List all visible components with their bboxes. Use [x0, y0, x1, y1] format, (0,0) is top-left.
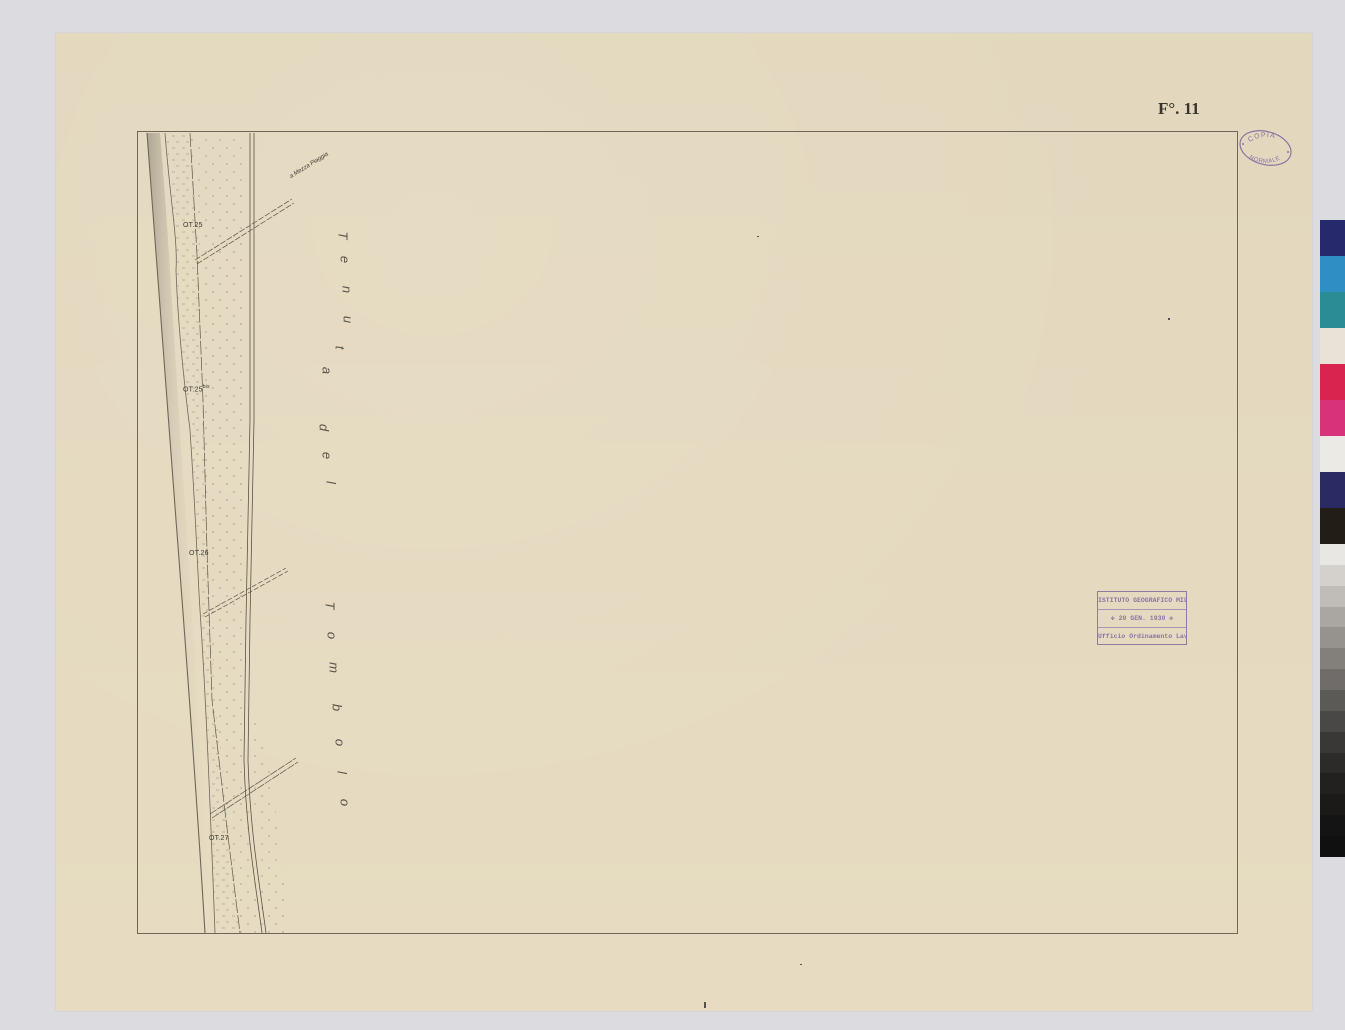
grayscale-ramp — [1320, 544, 1345, 857]
estate-letter: d — [317, 421, 332, 435]
gray-swatch — [1320, 836, 1345, 857]
stamp-line-office: Ufficio Ordinamento Lavori — [1098, 627, 1186, 645]
estate-letter: b — [330, 701, 345, 715]
gray-swatch — [1320, 753, 1345, 774]
stray-mark — [800, 964, 802, 965]
estate-letter: e — [338, 253, 353, 267]
gray-swatch — [1320, 544, 1345, 565]
estate-letter: o — [338, 796, 353, 810]
estate-letter: l — [324, 476, 339, 490]
estate-letter: m — [327, 661, 342, 675]
stamp-line-institute: ISTITUTO GEOGRAFICO MILITARE — [1098, 592, 1186, 609]
color-swatch — [1320, 508, 1345, 544]
color-swatch — [1320, 256, 1345, 292]
color-swatch — [1320, 328, 1345, 364]
stamp-line-date: ✤ 20 GEN. 1930 ✤ — [1098, 609, 1186, 627]
gray-swatch — [1320, 648, 1345, 669]
estate-letter: T — [336, 229, 351, 243]
estate-letter: l — [335, 766, 350, 780]
gray-swatch — [1320, 732, 1345, 753]
gray-swatch — [1320, 815, 1345, 836]
color-swatch — [1320, 436, 1345, 472]
estate-letter: o — [325, 629, 340, 643]
gray-swatch — [1320, 627, 1345, 648]
gray-swatch — [1320, 711, 1345, 732]
estate-letter: T — [323, 599, 338, 613]
color-swatch — [1320, 220, 1345, 256]
marker-ot-25-bis: OT.25bis — [183, 384, 210, 393]
color-calibration-bar — [1320, 220, 1345, 857]
estate-letter: t — [333, 341, 348, 355]
gray-swatch — [1320, 773, 1345, 794]
color-swatch — [1320, 472, 1345, 508]
stray-mark — [757, 236, 759, 237]
stray-mark — [1168, 318, 1170, 320]
gray-swatch — [1320, 565, 1345, 586]
estate-letter: u — [341, 313, 356, 327]
color-swatch — [1320, 400, 1345, 436]
color-swatch — [1320, 292, 1345, 328]
estate-letter: a — [320, 364, 335, 378]
gray-swatch — [1320, 669, 1345, 690]
gray-swatch — [1320, 690, 1345, 711]
marker-ot-27: OT.27 — [209, 835, 229, 842]
marker-ot-26: OT.26 — [189, 550, 209, 557]
stray-mark — [704, 1002, 706, 1008]
estate-letter: e — [320, 449, 335, 463]
estate-letter: n — [340, 283, 355, 297]
coastline-drawing — [0, 0, 1345, 1030]
marker-ot-25: OT.25 — [183, 222, 203, 229]
color-swatch — [1320, 364, 1345, 400]
gray-swatch — [1320, 794, 1345, 815]
igm-stamp: ISTITUTO GEOGRAFICO MILITARE ✤ 20 GEN. 1… — [1097, 591, 1187, 645]
gray-swatch — [1320, 586, 1345, 607]
estate-letter: o — [333, 736, 348, 750]
gray-swatch — [1320, 607, 1345, 628]
